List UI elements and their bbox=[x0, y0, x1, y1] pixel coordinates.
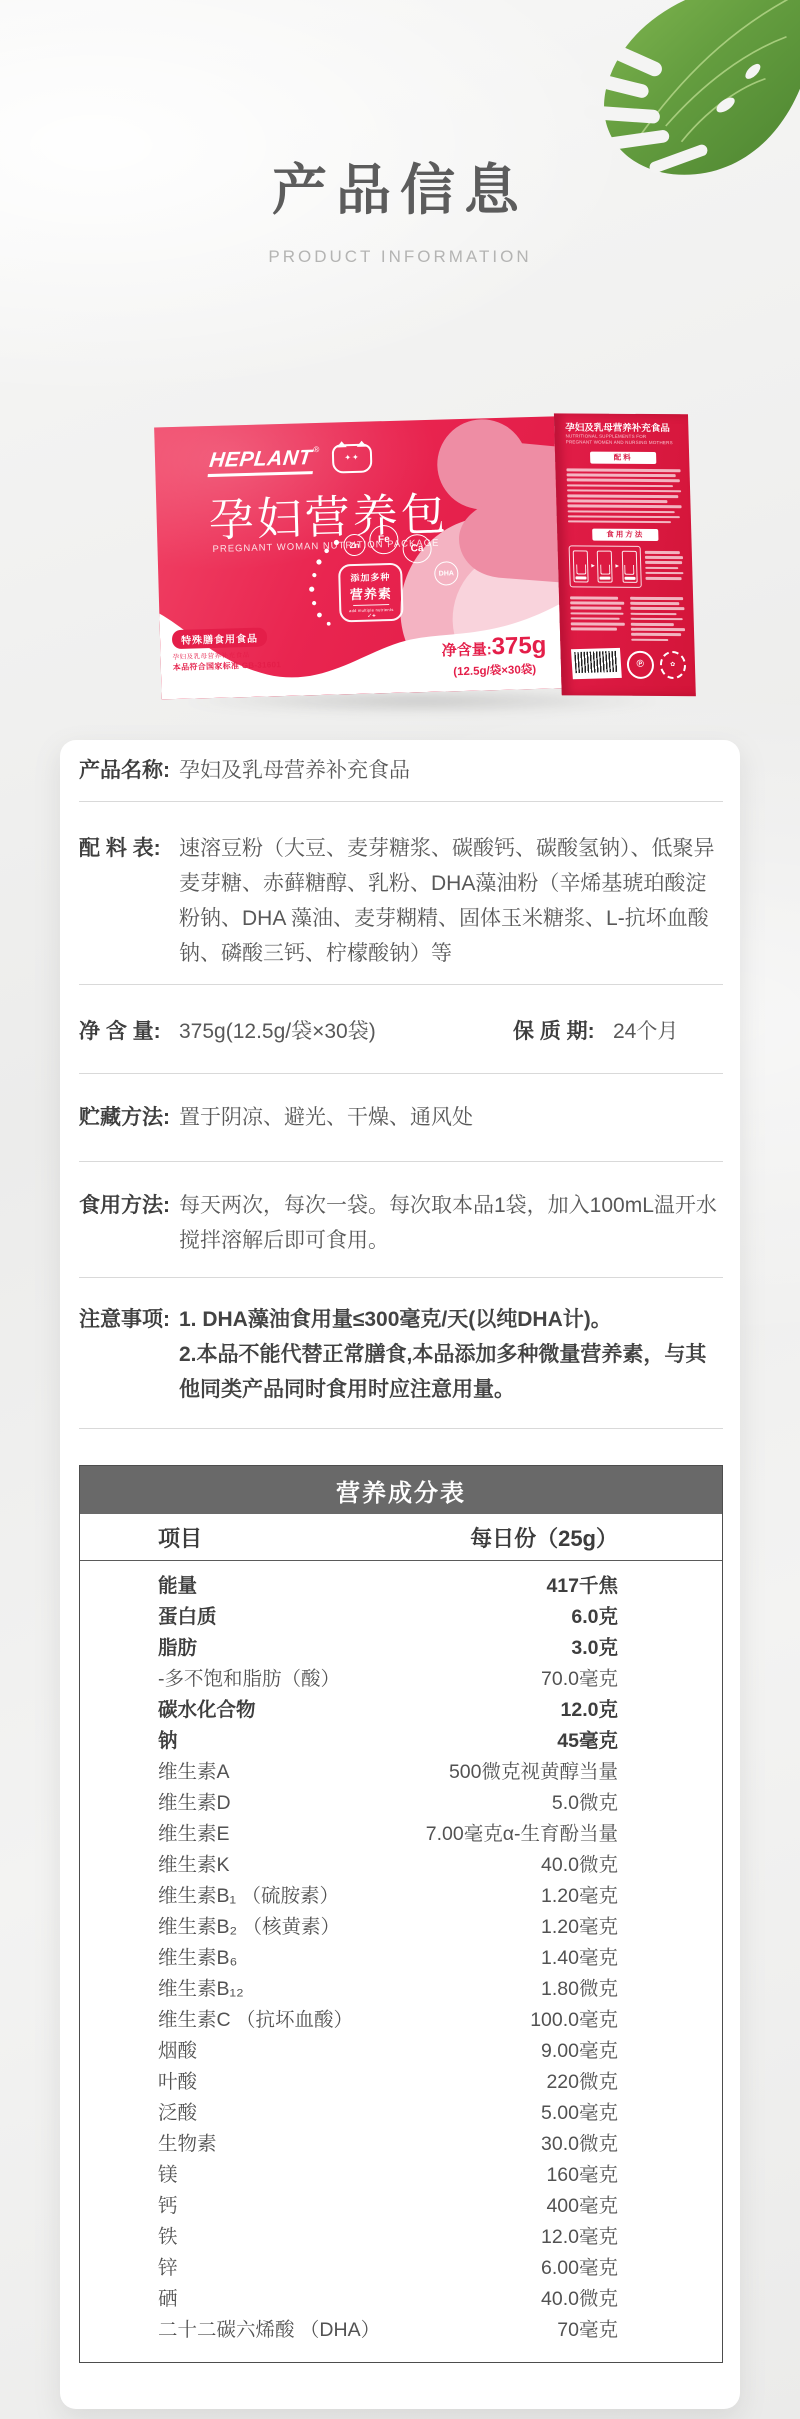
section-header: 产品信息 PRODUCT INFORMATION bbox=[0, 146, 800, 267]
nutrient-value: 70.0毫克 bbox=[541, 1664, 722, 1695]
usage-steps-diagram: ▸ ▸ bbox=[569, 546, 642, 588]
fine-print-line bbox=[631, 638, 668, 641]
manufacturer-fine-print bbox=[570, 594, 625, 644]
nutrient-value: 5.0微克 bbox=[552, 1788, 722, 1819]
note-1: 1. DHA藻油食用量≤300毫克/天(以纯DHA计)。 bbox=[179, 1302, 723, 1337]
nutrient-name: 二十二碳六烯酸 （DHA） bbox=[80, 2315, 380, 2346]
nutrient-name: 铁 bbox=[80, 2222, 178, 2253]
nutrient-name: 锌 bbox=[80, 2253, 178, 2284]
nutrition-row: 铁12.0毫克 bbox=[80, 2222, 722, 2253]
nutrient-name: -多不饱和脂肪（酸） bbox=[80, 1664, 340, 1695]
nutrition-row: 维生素B₁₂1.80微克 bbox=[80, 1974, 722, 2005]
certification-seal-icon: ✿ bbox=[659, 651, 686, 679]
nutrition-row: 钙400毫克 bbox=[80, 2191, 722, 2222]
side-panel-title: 孕妇及乳母营养补充食品 bbox=[565, 422, 679, 434]
fine-print-line bbox=[567, 489, 681, 492]
nutrient-value: 1.20毫克 bbox=[541, 1912, 722, 1943]
nutrient-value: 6.00毫克 bbox=[541, 2253, 722, 2284]
row-ingredients: 配 料 表: 速溶豆粉（大豆、麦芽糖浆、碳酸钙、碳酸氢钠）、低聚异麦芽糖、赤藓糖… bbox=[79, 802, 723, 985]
net-content-block: 净含量:375g (12.5g/袋×30袋) bbox=[441, 632, 547, 680]
nutrient-name: 叶酸 bbox=[80, 2067, 197, 2098]
shelf-life-value: 24个月 bbox=[613, 1014, 723, 1049]
nutrition-row: 钠45毫克 bbox=[80, 1726, 722, 1757]
fine-print-line bbox=[567, 474, 677, 477]
net-content-label: 净含量: bbox=[442, 641, 492, 659]
nutrient-value: 7.00毫克α-生育酚当量 bbox=[426, 1819, 722, 1850]
nutrition-row: 脂肪3.0克 bbox=[80, 1633, 722, 1664]
nutrient-name: 能量 bbox=[80, 1571, 197, 1602]
nutrient-name: 脂肪 bbox=[80, 1633, 197, 1664]
nutrition-row: 二十二碳六烯酸 （DHA）70毫克 bbox=[80, 2315, 722, 2346]
nutrient-value: 40.0微克 bbox=[541, 2284, 722, 2315]
row-product-name: 产品名称: 孕妇及乳母营养补充食品 bbox=[79, 740, 723, 802]
row-notes: 注意事项: 1. DHA藻油食用量≤300毫克/天(以纯DHA计)。 2.本品不… bbox=[79, 1278, 723, 1429]
nutrient-value: 5.00毫克 bbox=[541, 2098, 722, 2129]
nutrition-rows: 能量417千焦蛋白质6.0克脂肪3.0克-多不饱和脂肪（酸）70.0毫克碳水化合… bbox=[80, 1561, 722, 2362]
fine-print-line bbox=[571, 622, 625, 625]
fine-print-line bbox=[570, 607, 621, 610]
nutrition-row: 维生素K40.0微克 bbox=[80, 1850, 722, 1881]
fine-print-line bbox=[567, 484, 673, 487]
nutrient-name: 维生素B₁₂ bbox=[80, 1974, 244, 2005]
nutrient-name: 维生素B₁ （硫胺素） bbox=[80, 1881, 339, 1912]
fine-print-line bbox=[631, 623, 674, 626]
nutrition-row: -多不饱和脂肪（酸）70.0毫克 bbox=[80, 1664, 722, 1695]
logo-seal-icon: ℗ bbox=[627, 650, 654, 678]
side-bottom-row: ℗ ✿ bbox=[571, 648, 686, 679]
nutrient-value: 3.0克 bbox=[571, 1633, 722, 1664]
nutrition-row: 维生素D5.0微克 bbox=[80, 1788, 722, 1819]
box-side-panel: 孕妇及乳母营养补充食品 NUTRITIONAL SUPPLEMENTS FOR … bbox=[554, 413, 696, 696]
nutrition-row: 碳水化合物12.0克 bbox=[80, 1695, 722, 1726]
usage-note-fine-print bbox=[645, 546, 684, 588]
nutrition-row: 蛋白质6.0克 bbox=[80, 1602, 722, 1633]
nutrition-table: 营养成分表 项目 每日份（25g） 能量417千焦蛋白质6.0克脂肪3.0克-多… bbox=[79, 1465, 723, 2363]
nutrient-value: 500微克视黄醇当量 bbox=[449, 1757, 722, 1788]
fine-print-line bbox=[567, 500, 667, 503]
fine-print-line bbox=[630, 607, 684, 610]
nutrient-value: 6.0克 bbox=[571, 1602, 722, 1633]
nutrient-name: 碳水化合物 bbox=[80, 1695, 256, 1726]
nutrition-table-header: 项目 每日份（25g） bbox=[80, 1514, 722, 1561]
nutrient-name: 烟酸 bbox=[80, 2036, 197, 2067]
brand-logo: HEPLANT bbox=[208, 446, 316, 477]
mineral-badge-ca: Ca bbox=[402, 534, 432, 564]
nutrient-value: 400毫克 bbox=[546, 2191, 722, 2222]
nutrient-name: 维生素K bbox=[80, 1850, 230, 1881]
mineral-badge-zn: Zn bbox=[343, 534, 366, 557]
usage-step-2-icon bbox=[597, 551, 613, 583]
nutrition-row: 能量417千焦 bbox=[80, 1571, 722, 1602]
fine-print-line bbox=[631, 628, 685, 631]
fine-print-line bbox=[568, 510, 675, 513]
fine-print-line bbox=[571, 617, 620, 620]
nutrition-row: 维生素B₆1.40毫克 bbox=[80, 1943, 722, 1974]
fine-print-line bbox=[646, 577, 682, 580]
usage-step-1-icon bbox=[573, 551, 589, 583]
nutrient-name: 泛酸 bbox=[80, 2098, 197, 2129]
mascot-badge-icon: ✦✦ bbox=[332, 443, 373, 473]
nutrition-row: 锌6.00毫克 bbox=[80, 2253, 722, 2284]
side-ingredients-heading: 配料 bbox=[590, 452, 656, 464]
fine-print-line bbox=[567, 479, 680, 482]
nutrition-table-title: 营养成分表 bbox=[80, 1466, 722, 1514]
nutrient-name: 维生素B₂ （核黄素） bbox=[80, 1912, 340, 1943]
fine-print-line bbox=[567, 505, 681, 508]
net-content-value: 375g bbox=[491, 632, 546, 661]
nutrient-value: 9.00毫克 bbox=[541, 2036, 722, 2067]
fine-print-line bbox=[645, 567, 679, 570]
nutrient-value: 12.0克 bbox=[561, 1695, 722, 1726]
fine-print-line bbox=[630, 602, 679, 605]
usage-step-3-icon bbox=[621, 551, 637, 583]
fine-print-line bbox=[631, 633, 681, 636]
row-net-content: 净 含 量: 375g(12.5g/袋×30袋) 保 质 期: 24个月 bbox=[79, 985, 723, 1074]
nutrition-row: 镁160毫克 bbox=[80, 2160, 722, 2191]
nutrient-value: 160毫克 bbox=[546, 2160, 722, 2191]
nutrient-name: 维生素D bbox=[80, 1788, 231, 1819]
nutrient-name: 维生素C （抗坏血酸） bbox=[80, 2005, 353, 2036]
column-daily-amount: 每日份（25g） bbox=[470, 1522, 722, 1553]
fine-print-line bbox=[630, 597, 683, 600]
nutrient-name: 钠 bbox=[80, 1726, 178, 1757]
shelf-life-label: 保 质 期: bbox=[513, 1014, 613, 1049]
net-content-sub: (12.5g/袋×30袋) bbox=[442, 661, 547, 680]
nutrition-row: 生物素30.0微克 bbox=[80, 2129, 722, 2160]
storage-value: 置于阴凉、避光、干燥、通风处 bbox=[179, 1100, 723, 1135]
nutrient-name: 硒 bbox=[80, 2284, 178, 2315]
fine-print-line bbox=[645, 561, 682, 564]
nutrient-value: 12.0毫克 bbox=[541, 2222, 722, 2253]
product-name-value: 孕妇及乳母营养补充食品 bbox=[179, 753, 723, 788]
fine-print-line bbox=[630, 612, 677, 615]
usage-label: 食用方法: bbox=[79, 1188, 179, 1223]
nutrition-row: 叶酸220微克 bbox=[80, 2067, 722, 2098]
fine-print-line bbox=[570, 612, 623, 615]
nutrition-row: 硒40.0微克 bbox=[80, 2284, 722, 2315]
nutrient-value: 100.0毫克 bbox=[530, 2005, 722, 2036]
product-box-image: HEPLANT® ✦✦ 孕妇营养包 PREGNANT WOMAN NUTRITI… bbox=[154, 405, 698, 720]
fine-print-line bbox=[631, 618, 683, 621]
column-item: 项目 bbox=[80, 1522, 202, 1553]
fine-print-line bbox=[570, 596, 618, 599]
nutrient-value: 220微克 bbox=[546, 2067, 722, 2098]
row-usage: 食用方法: 每天两次，每次一袋。每次取本品1袋，加入100mL温开水搅拌溶解后即… bbox=[79, 1162, 723, 1278]
nutrient-value: 1.20毫克 bbox=[541, 1881, 722, 1912]
special-food-block: 特殊膳食用食品 孕妇及乳母营养补充食品 本品符合国家标准 GB-31601 bbox=[172, 627, 281, 673]
storage-label: 贮藏方法: bbox=[79, 1100, 179, 1135]
net-weight-value: 375g(12.5g/袋×30袋) bbox=[179, 1014, 513, 1049]
side-panel-english-2: PREGNANT WOMEN AND NURSING MOTHERS bbox=[566, 439, 680, 446]
nutrition-row: 维生素B₂ （核黄素）1.20毫克 bbox=[80, 1912, 722, 1943]
side-usage-heading: 食用方法 bbox=[592, 529, 658, 541]
box-front-face: HEPLANT® ✦✦ 孕妇营养包 PREGNANT WOMAN NUTRITI… bbox=[154, 416, 561, 699]
fine-print-line bbox=[645, 551, 680, 554]
row-storage: 贮藏方法: 置于阴凉、避光、干燥、通风处 bbox=[79, 1074, 723, 1162]
nutrient-name: 维生素B₆ bbox=[80, 1943, 237, 1974]
ingredients-value: 速溶豆粉（大豆、麦芽糖浆、碳酸钙、碳酸氢钠）、低聚异麦芽糖、赤藓糖醇、乳粉、DH… bbox=[179, 831, 723, 971]
arrow-icon: ▸ bbox=[591, 547, 596, 587]
nutrient-value: 1.40毫克 bbox=[541, 1943, 722, 1974]
nutrient-name: 蛋白质 bbox=[80, 1602, 217, 1633]
product-info-card: 产品名称: 孕妇及乳母营养补充食品 配 料 表: 速溶豆粉（大豆、麦芽糖浆、碳酸… bbox=[60, 740, 740, 2409]
usage-value: 每天两次，每次一袋。每次取本品1袋，加入100mL温开水搅拌溶解后即可食用。 bbox=[179, 1188, 723, 1258]
nutrition-row: 泛酸5.00毫克 bbox=[80, 2098, 722, 2129]
page-subtitle: PRODUCT INFORMATION bbox=[0, 247, 800, 267]
page-title: 产品信息 bbox=[0, 146, 800, 225]
side-lower-text bbox=[570, 594, 685, 644]
notes-value: 1. DHA藻油食用量≤300毫克/天(以纯DHA计)。 2.本品不能代替正常膳… bbox=[179, 1302, 723, 1407]
fine-print-line bbox=[645, 572, 683, 575]
fine-print-line bbox=[568, 515, 680, 518]
mineral-badge-fe: Fe bbox=[369, 525, 399, 555]
product-name-label: 产品名称: bbox=[79, 753, 179, 788]
nutrition-row: 烟酸9.00毫克 bbox=[80, 2036, 722, 2067]
usage-steps: ▸ ▸ bbox=[569, 546, 684, 589]
nutrition-row: 维生素A500微克视黄醇当量 bbox=[80, 1757, 722, 1788]
fine-print-line bbox=[567, 494, 678, 497]
special-food-pill: 特殊膳食用食品 bbox=[172, 627, 267, 649]
brand-row: HEPLANT® ✦✦ bbox=[209, 443, 373, 477]
nutrient-value: 417千焦 bbox=[546, 1571, 722, 1602]
nutrient-name: 维生素E bbox=[80, 1819, 230, 1850]
fine-print-line bbox=[645, 556, 683, 559]
nutrient-name: 生物素 bbox=[80, 2129, 217, 2160]
fine-print-line bbox=[570, 602, 624, 605]
note-2: 2.本品不能代替正常膳食,本品添加多种微量营养素，与其他同类产品同时食用时应注意… bbox=[179, 1337, 723, 1407]
nutrition-row: 维生素B₁ （硫胺素）1.20毫克 bbox=[80, 1881, 722, 1912]
fine-print-line bbox=[568, 520, 671, 523]
net-weight-label: 净 含 量: bbox=[79, 1014, 179, 1049]
warning-fine-print bbox=[630, 594, 685, 644]
nutrition-row: 维生素E7.00毫克α-生育酚当量 bbox=[80, 1819, 722, 1850]
nutrient-value: 1.80微克 bbox=[541, 1974, 722, 2005]
fine-print-line bbox=[566, 468, 680, 471]
notes-label: 注意事项: bbox=[79, 1302, 179, 1337]
nutrient-value: 70毫克 bbox=[557, 2315, 722, 2346]
barcode bbox=[571, 648, 622, 679]
fine-print-line bbox=[571, 628, 618, 631]
nutrient-name: 镁 bbox=[80, 2160, 178, 2191]
nutrient-value: 45毫克 bbox=[557, 1726, 722, 1757]
ingredients-label: 配 料 表: bbox=[79, 831, 179, 866]
nutrient-value: 30.0微克 bbox=[541, 2129, 722, 2160]
nutrient-value: 40.0微克 bbox=[541, 1850, 722, 1881]
nutrient-name: 维生素A bbox=[80, 1757, 230, 1788]
side-ingredients-fine-print bbox=[566, 468, 682, 523]
arrow-icon: ▸ bbox=[615, 547, 620, 587]
nutrition-row: 维生素C （抗坏血酸）100.0毫克 bbox=[80, 2005, 722, 2036]
nutrient-name: 钙 bbox=[80, 2191, 178, 2222]
product-info-page: 产品信息 PRODUCT INFORMATION HEPLANT® ✦✦ 孕妇营… bbox=[0, 0, 800, 2419]
